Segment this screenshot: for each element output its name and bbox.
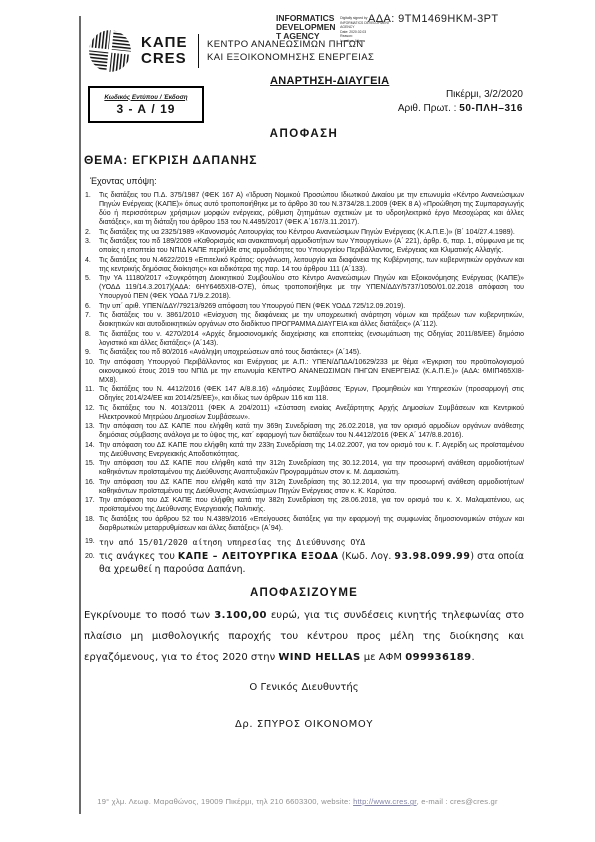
page-footer: 19° χλμ. Λεωφ. Μαραθώνος, 19009 Πικέρμι,…: [0, 797, 595, 806]
signatory-role: Ο Γενικός Διευθυντής: [84, 682, 524, 693]
decision-heading: ΑΠΟΦΑΣΙΖΟΥΜΕ: [84, 587, 524, 599]
decision-title: ΑΠΟΦΑΣΗ: [84, 128, 524, 140]
footer-address: 19° χλμ. Λεωφ. Μαραθώνος, 19009 Πικέρμι,…: [97, 797, 353, 806]
form-code-value: 3 - Α / 19: [117, 102, 176, 116]
org-acronym-en: CRES: [141, 51, 188, 67]
list-item: 15.Την απόφαση του ΔΣ ΚΑΠΕ που ελήφθη κα…: [84, 459, 524, 477]
considerations-list: 1.Τις διατάξεις του Π.Δ. 375/1987 (ΦΕΚ 1…: [84, 191, 524, 577]
website-link[interactable]: http://www.cres.gr: [353, 797, 417, 806]
list-item: 12.Τις διατάξεις του Ν. 4013/2011 (ΦΕΚ Α…: [84, 404, 524, 422]
approved-amount: 3.100,00: [214, 610, 267, 621]
list-item: 17.Την απόφαση του ΔΣ ΚΑΠΕ που ελήφθη κα…: [84, 496, 524, 514]
document-body: ΑΠΟΦΑΣΗ ΘΕΜΑ: ΕΓΚΡΙΣΗ ΔΑΠΑΝΗΣ Έχοντας υπ…: [84, 120, 524, 730]
document-page: ΑΔΑ: 9ΤΜ1469ΗΚΜ-3ΡΤ ΚΑΠΕ CRES: [0, 0, 595, 842]
protocol-value: 50-ΠΛΗ–316: [459, 103, 523, 114]
signatory-name: Δρ. ΣΠΥΡΟΣ ΟΙΚΟΝΟΜΟΥ: [84, 719, 524, 730]
footer-email-label: , e-mail :: [417, 797, 450, 806]
vendor-afm: 099936189: [405, 652, 471, 663]
list-item: 3.Τις διατάξεις του πδ 189/2009 «Καθορισ…: [84, 237, 524, 255]
list-item: 2.Τις διατάξεις της υα 2325/1989 «Κανονι…: [84, 228, 524, 237]
list-item: 13.Την απόφαση του ΔΣ ΚΑΠΕ που ελήφθη κα…: [84, 422, 524, 440]
vendor-name: WIND HELLAS: [278, 652, 360, 663]
place-date: Πικέρμι, 3/2/2020: [398, 88, 523, 102]
protocol-number: Αριθ. Πρωτ. : 50-ΠΛΗ–316: [398, 102, 523, 116]
subject-line: ΘΕΜΑ: ΕΓΚΡΙΣΗ ΔΑΠΑΝΗΣ: [84, 153, 524, 167]
list-item-service-request: 19.την από 15/01/2020 αίτηση υπηρεσίας τ…: [84, 536, 524, 548]
digital-signature-stamp: INFORMATICS DEVELOPMEN T AGENCY Digitall…: [276, 14, 404, 44]
list-item: 6.Την υπ΄ αριθ. ΥΠΕΝ/ΔΔΥ/79213/9269 απόφ…: [84, 302, 524, 311]
list-item: 16.Την απόφαση του ΔΣ ΚΑΠΕ που ελήφθη κα…: [84, 478, 524, 496]
list-item-budget-code: 20. τις ανάγκες του ΚΑΠΕ – ΛΕΙΤΟΥΡΓΙΚΑ Ε…: [84, 550, 524, 577]
list-item: 10.Την απόφαση Υπουργού Περιβάλλοντος κα…: [84, 358, 524, 385]
org-acronym: ΚΑΠΕ CRES: [141, 35, 188, 67]
protocol-label: Αριθ. Πρωτ. :: [398, 103, 457, 114]
stamp-agency-name: INFORMATICS DEVELOPMEN T AGENCY: [276, 14, 337, 44]
account-code: 93.98.099.99: [394, 551, 470, 562]
list-item: 5.Την ΥΑ 11180/2017 «Συγκρότηση Διοικητι…: [84, 274, 524, 301]
list-item: 1.Τις διατάξεις του Π.Δ. 375/1987 (ΦΕΚ 1…: [84, 191, 524, 227]
date-protocol-block: Πικέρμι, 3/2/2020 Αριθ. Πρωτ. : 50-ΠΛΗ–3…: [398, 88, 523, 116]
cres-emblem-icon: [88, 29, 132, 73]
list-item: 14.Την απόφαση του ΔΣ ΚΑΠΕ που ελήφθη κα…: [84, 441, 524, 459]
diavgeia-banner: ΑΝΑΡΤΗΣΗ-ΔΙΑΥΓΕΙΑ: [270, 75, 389, 87]
org-acronym-el: ΚΑΠΕ: [141, 35, 188, 51]
list-item: 11.Τις διατάξεις του Ν. 4412/2016 (ΦΕΚ 1…: [84, 385, 524, 403]
footer-email: cres@cres.gr: [450, 797, 498, 806]
form-code-label: Κωδικός Εντύπου / Έκδοση: [104, 94, 187, 101]
logo-divider: [198, 34, 200, 68]
preamble: Έχοντας υπόψη:: [90, 176, 524, 186]
stamp-signature-details: Digitally signed by INFORMATICS DEVELOPM…: [340, 14, 404, 44]
left-margin-rule: [79, 16, 81, 814]
org-name-line2: ΚΑΙ ΕΞΟΙΚΟΝΟΜΗΣΗΣ ΕΝΕΡΓΕΙΑΣ: [207, 51, 374, 64]
list-item: 8.Τις διατάξεις του ν. 4270/2014 «Αρχές …: [84, 330, 524, 348]
list-item: 7.Τις διατάξεις του ν. 3861/2010 «Ενίσχυ…: [84, 311, 524, 329]
form-code-box: Κωδικός Εντύπου / Έκδοση 3 - Α / 19: [88, 86, 204, 123]
list-item: 9.Τις διατάξεις του πδ 80/2016 «Ανάληψη …: [84, 348, 524, 357]
budget-title: ΚΑΠΕ – ΛΕΙΤΟΥΡΓΙΚΑ ΕΞΟΔΑ: [178, 551, 339, 562]
decision-paragraph: Εγκρίνουμε το ποσό των 3.100,00 ευρώ, γι…: [84, 605, 524, 668]
list-item: 18.Τις διατάξεις του άρθρου 52 του Ν.438…: [84, 515, 524, 533]
list-item: 4.Τις διατάξεις του Ν.4622/2019 «Επιτελι…: [84, 256, 524, 274]
